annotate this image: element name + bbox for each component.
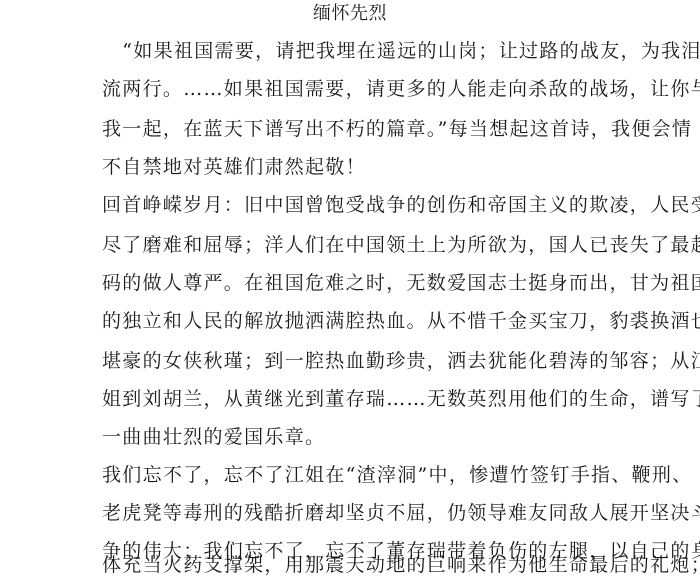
text-line: “如果祖国需要，请把我埋在遥远的山岗；让过路的战友，为我泪 [102, 39, 594, 63]
text-line: 回首峥嵘岁月：旧中国曾饱受战争的创伤和帝国主义的欺凌，人民受 [102, 193, 594, 217]
text-line: 不自禁地对英雄们肃然起敬！ [102, 155, 594, 179]
text-line: 体充当火药支撑架，用那震天动地的巨响来作为他生命最后的礼炮； [102, 553, 594, 577]
text-line: 流两行。……如果祖国需要，请更多的人能走向杀敌的战场，让你与 [102, 77, 594, 101]
text-line: 我们忘不了，忘不了江姐在“渣滓洞”中，惨遭竹签钉手指、鞭刑、 [102, 463, 594, 487]
text-line: 老虎凳等毒刑的残酷折磨却坚贞不屈，仍领导难友同敌人展开坚决斗 [102, 501, 594, 525]
text-line: 码的做人尊严。在祖国危难之时，无数爱国志士挺身而出，甘为祖国 [102, 271, 594, 295]
text-line: 姐到刘胡兰，从黄继光到董存瑞……无数英烈用他们的生命，谱写了 [102, 387, 594, 411]
text-line: 我一起，在蓝天下谱写出不朽的篇章。”每当想起这首诗，我便会情 [102, 117, 594, 141]
text-line: 一曲曲壮烈的爱国乐章。 [102, 425, 594, 449]
text-line: 尽了磨难和屈辱；洋人们在中国领土上为所欲为，国人已丧失了最起 [102, 233, 594, 257]
text-line: 堪豪的女侠秋瑾；到一腔热血勤珍贵，洒去犹能化碧涛的邹容；从江 [102, 349, 594, 373]
document-title: 缅怀先烈 [0, 2, 700, 26]
text-line: 的独立和人民的解放抛洒满腔热血。从不惜千金买宝刀，豹裘换酒也 [102, 309, 594, 333]
